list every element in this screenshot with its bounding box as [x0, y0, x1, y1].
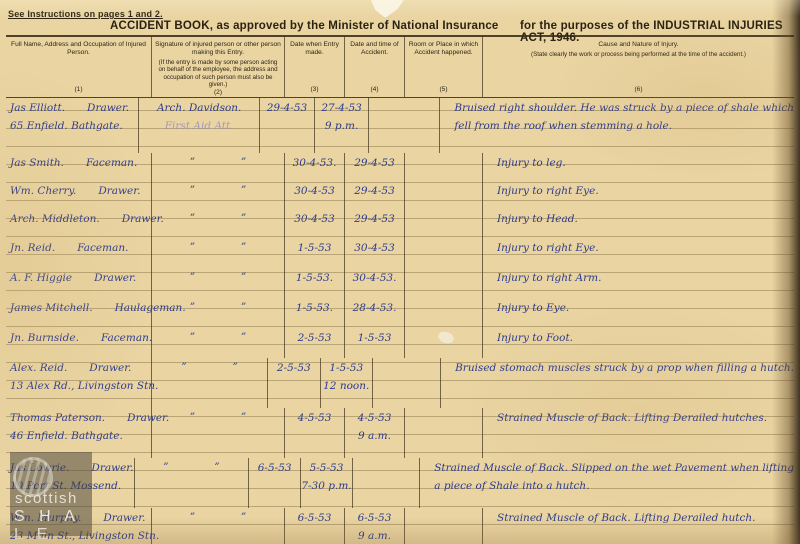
- ditto-mark: ”: [241, 182, 246, 200]
- cell-accident-date: 30-4-53: [345, 238, 405, 268]
- title-left: ACCIDENT BOOK, as approved by the Minist…: [110, 20, 499, 32]
- cell-accident-date: 1-5-53 12 noon.: [321, 358, 373, 408]
- cell-place: [353, 458, 420, 508]
- cell-signature: ””: [152, 508, 285, 544]
- cell-entry-date: 30-4-53: [285, 209, 345, 238]
- cell-name: Jn. Burnside.Faceman.: [6, 328, 152, 358]
- table-row: Jas Smith.Faceman. ”” 30-4-53. 29-4-53 I…: [6, 153, 794, 181]
- cell-place: [373, 358, 441, 408]
- table-row: Jn. Reid.Faceman. ”” 1-5-53 30-4-53 Inju…: [6, 238, 794, 268]
- ditto-mark: ”: [190, 154, 195, 172]
- ditto-mark: ”: [241, 329, 246, 347]
- ditto-mark: ”: [163, 459, 168, 477]
- cell-accident-date: 30-4-53.: [345, 268, 405, 298]
- ditto-mark: ”: [190, 409, 195, 427]
- cell-place: [405, 508, 483, 544]
- cell-cause: Strained Muscle of Back. Lifting Deraile…: [483, 408, 794, 458]
- table-row: Arch. Middleton.Drawer. ”” 30-4-53 29-4-…: [6, 209, 794, 238]
- cell-signature: Arch. Davidson. First Aid Att.: [139, 98, 260, 153]
- cell-signature: ””: [152, 268, 285, 298]
- cell-entry-date: 1-5-53.: [285, 268, 345, 298]
- ditto-mark: ”: [190, 239, 195, 257]
- cell-cause: Strained Muscle of Back. Lifting Deraile…: [483, 508, 794, 544]
- cell-cause: Injury to leg.: [483, 153, 794, 181]
- cell-entry-date: 29-4-53: [260, 98, 315, 153]
- cell-name: Thomas Paterson.Drawer. 46 Enfield. Bath…: [6, 408, 152, 458]
- instructions-note: See Instructions on pages 1 and 2.: [8, 9, 163, 19]
- watermark-line2: S H A L E: [14, 508, 92, 544]
- cell-cause: Injury to right Arm.: [483, 268, 794, 298]
- cell-name: A. F. HiggieDrawer.: [6, 268, 152, 298]
- ditto-mark: ”: [190, 269, 195, 287]
- page-title: ACCIDENT BOOK, as approved by the Minist…: [0, 20, 800, 35]
- accident-table: Full Name, Address and Occupation of Inj…: [6, 35, 794, 544]
- table-body: Jas Elliott.Drawer. 65 Enfield. Bathgate…: [6, 98, 794, 544]
- cell-entry-date: 2-5-53: [285, 328, 345, 358]
- cell-place: [405, 209, 483, 238]
- cell-entry-date: 4-5-53: [285, 408, 345, 458]
- cell-signature: ””: [152, 328, 285, 358]
- watermark-line1: scottish: [15, 490, 78, 507]
- column-header-entry-date: Date when Entry made. (3): [285, 37, 345, 97]
- ditto-mark: ”: [190, 509, 195, 527]
- ditto-mark: ”: [233, 359, 238, 377]
- cell-signature: ””: [152, 209, 285, 238]
- cell-cause: Strained Muscle of Back. Slipped on the …: [420, 458, 794, 508]
- table-row: Thomas Paterson.Drawer. 46 Enfield. Bath…: [6, 408, 794, 458]
- cell-place: [405, 153, 483, 181]
- table-row: Wm. Cherry.Drawer. ”” 30-4-53 29-4-53 In…: [6, 181, 794, 209]
- cell-signature: ””: [135, 458, 250, 508]
- cell-name: Jas Elliott.Drawer. 65 Enfield. Bathgate…: [6, 98, 139, 153]
- column-header-place: Room or Place in which Accident happened…: [405, 37, 483, 97]
- cell-cause: Injury to right Eye.: [483, 238, 794, 268]
- table-row: Jas Elliott.Drawer. 65 Enfield. Bathgate…: [6, 98, 794, 153]
- column-header-cause: Cause and Nature of Injury. (State clear…: [483, 37, 794, 97]
- cell-signature: ””: [152, 181, 285, 209]
- table-header-row: Full Name, Address and Occupation of Inj…: [6, 37, 794, 98]
- column-header-name: Full Name, Address and Occupation of Inj…: [6, 37, 152, 97]
- cell-name: Jn. Reid.Faceman.: [6, 238, 152, 268]
- column-header-accident-date: Date and time of Accident. (4): [345, 37, 405, 97]
- cell-cause: Injury to Head.: [483, 209, 794, 238]
- cell-cause: Injury to Foot.: [483, 328, 794, 358]
- ditto-mark: ”: [241, 409, 246, 427]
- cell-cause: Injury to right Eye.: [483, 181, 794, 209]
- cell-place: [405, 408, 483, 458]
- ditto-mark: ”: [181, 359, 186, 377]
- cell-place: [405, 181, 483, 209]
- ditto-mark: ”: [241, 210, 246, 228]
- cell-accident-date: 27-4-53 9 p.m.: [315, 98, 370, 153]
- ditto-mark: ”: [190, 210, 195, 228]
- ditto-mark: ”: [190, 182, 195, 200]
- cell-name: Arch. Middleton.Drawer.: [6, 209, 152, 238]
- cell-entry-date: 30-4-53: [285, 181, 345, 209]
- cell-name: James Mitchell.Haulageman.: [6, 298, 152, 328]
- cell-signature: ””: [152, 358, 268, 408]
- ditto-mark: ”: [241, 154, 246, 172]
- cell-entry-date: 1-5-53.: [285, 298, 345, 328]
- ditto-mark: ”: [190, 329, 195, 347]
- table-row: A. F. HiggieDrawer. ”” 1-5-53. 30-4-53. …: [6, 268, 794, 298]
- column-header-signature: Signature of injured person or other per…: [152, 37, 285, 97]
- ditto-mark: ”: [241, 509, 246, 527]
- cell-accident-date: 6-5-53 9 a.m.: [345, 508, 405, 544]
- cell-entry-date: 6-5-53: [249, 458, 301, 508]
- cell-accident-date: 5-5-53 7-30 p.m.: [301, 458, 353, 508]
- ditto-mark: ”: [214, 459, 219, 477]
- table-row: Jn. Burnside.Faceman. ”” 2-5-53 1-5-53 I…: [6, 328, 794, 358]
- table-row: Alex. Reid.Drawer. 13 Alex Rd., Livingst…: [6, 358, 794, 408]
- ditto-mark: ”: [241, 299, 246, 317]
- cell-cause: Bruised stomach muscles struck by a prop…: [441, 358, 794, 408]
- table-row: Wm. Murphy.Drawer. 23 Main St., Livingst…: [6, 508, 794, 544]
- cell-place: [405, 238, 483, 268]
- table-row: James Mitchell.Haulageman. ”” 1-5-53. 28…: [6, 298, 794, 328]
- cell-place: [405, 268, 483, 298]
- cell-entry-date: 1-5-53: [285, 238, 345, 268]
- cell-name: Alex. Reid.Drawer. 13 Alex Rd., Livingst…: [6, 358, 152, 408]
- cell-cause: Bruised right shoulder. He was struck by…: [440, 98, 794, 153]
- cell-accident-date: 4-5-53 9 a.m.: [345, 408, 405, 458]
- cell-accident-date: 29-4-53: [345, 181, 405, 209]
- cell-name: Jas Smith.Faceman.: [6, 153, 152, 181]
- ditto-mark: ”: [241, 269, 246, 287]
- paper-fold-mark: [368, 0, 404, 18]
- scottish-shale-watermark: scottish S H A L E: [10, 452, 92, 536]
- cell-cause: Injury to Eye.: [483, 298, 794, 328]
- accident-book-page: See Instructions on pages 1 and 2. ACCID…: [0, 0, 800, 544]
- cell-accident-date: 29-4-53: [345, 209, 405, 238]
- ditto-mark: ”: [190, 299, 195, 317]
- cell-entry-date: 30-4-53.: [285, 153, 345, 181]
- cell-name: Wm. Cherry.Drawer.: [6, 181, 152, 209]
- cell-place: [405, 298, 483, 328]
- cell-accident-date: 1-5-53: [345, 328, 405, 358]
- cell-entry-date: 6-5-53: [285, 508, 345, 544]
- cell-accident-date: 29-4-53: [345, 153, 405, 181]
- cell-signature: ””: [152, 408, 285, 458]
- cell-signature: ””: [152, 153, 285, 181]
- cell-signature: ””: [152, 298, 285, 328]
- table-row: Jas Lowrie.Drawer. 10 Port St. Mossend. …: [6, 458, 794, 508]
- cell-accident-date: 28-4-53.: [345, 298, 405, 328]
- cell-signature: ””: [152, 238, 285, 268]
- cell-place: [369, 98, 440, 153]
- ditto-mark: ”: [241, 239, 246, 257]
- cell-entry-date: 2-5-53: [268, 358, 320, 408]
